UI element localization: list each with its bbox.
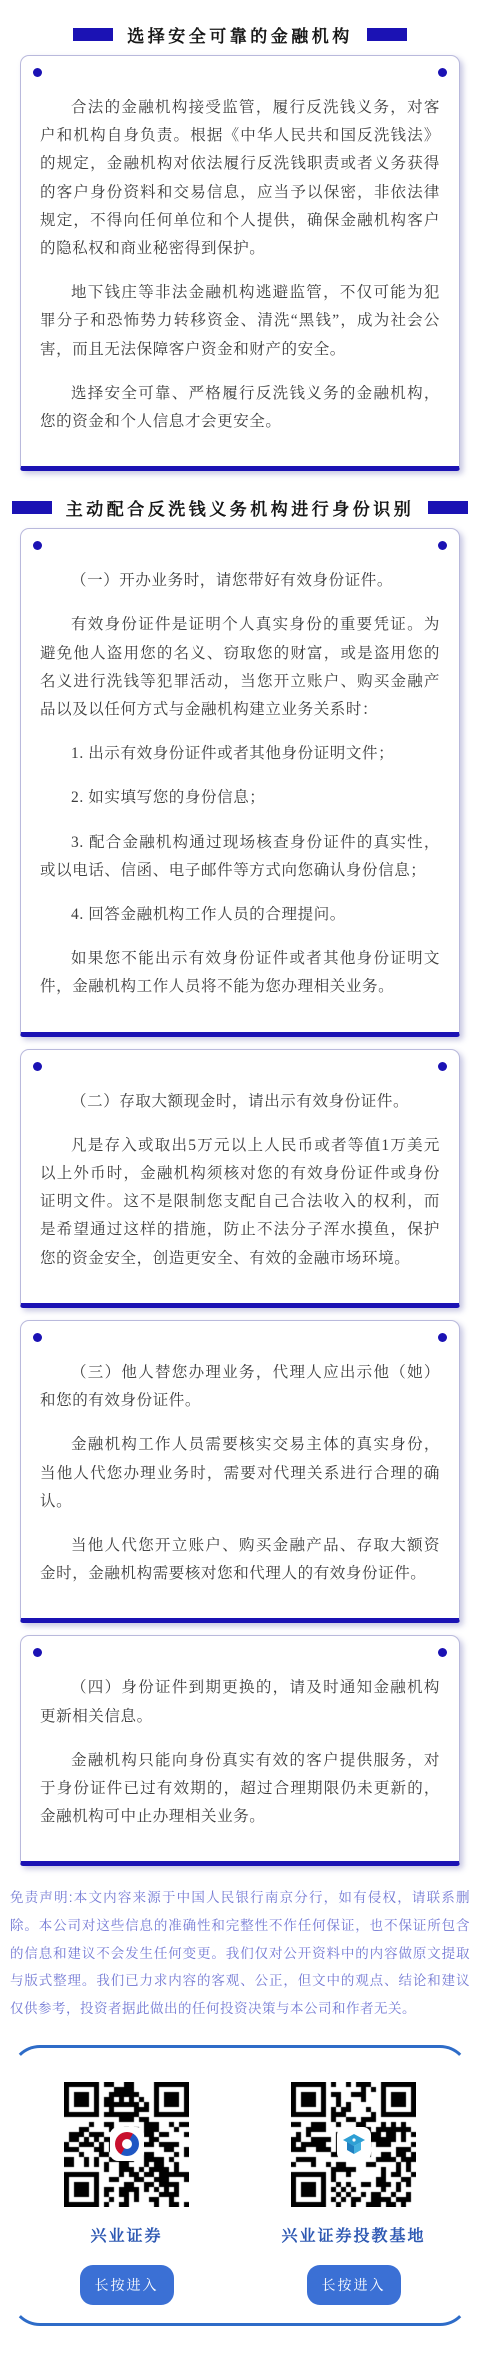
- qr-code-industrial-securities[interactable]: [64, 2082, 189, 2207]
- card-item-title: （一）开办业务时，请您带好有效身份证件。: [40, 559, 440, 603]
- content-card-identity-2: （二）存取大额现金时，请出示有效身份证件。 凡是存入或取出5万元以上人民币或者等…: [20, 1049, 460, 1308]
- heading-bar-icon: [12, 501, 52, 514]
- section-title: 主动配合反洗钱义务机构进行身份识别: [66, 495, 415, 520]
- section-title: 选择安全可靠的金融机构: [127, 22, 353, 47]
- paragraph: 地下钱庄等非法金融机构逃避监管，不仅可能为犯罪分子和恐怖势力转移资金、清洗“黑钱…: [40, 271, 440, 372]
- content-card-identity-3: （三）他人替您办理业务，代理人应出示他（她）和您的有效身份证件。 金融机构工作人…: [20, 1320, 460, 1623]
- heading-bar-icon: [73, 28, 113, 41]
- paragraph: 选择安全可靠、严格履行反洗钱义务的金融机构，您的资金和个人信息才会更安全。: [40, 372, 440, 444]
- content-card-identity-4: （四）身份证件到期更换的，请及时通知金融机构更新相关信息。 金融机构只能向身份真…: [20, 1635, 460, 1866]
- paragraph: 有效身份证件是证明个人真实身份的重要凭证。为避免他人盗用您的名义、窃取您的财富，…: [40, 603, 440, 732]
- card-item-title: （四）身份证件到期更换的，请及时通知金融机构更新相关信息。: [40, 1666, 440, 1738]
- bottom-spacer: [0, 2326, 480, 2376]
- corner-dot-icon: [33, 541, 42, 550]
- paragraph: 金融机构只能向身份真实有效的客户提供服务，对于身份证件已过有效期的，超过合理期限…: [40, 1739, 440, 1840]
- paragraph: 金融机构工作人员需要核实交易主体的真实身份，当他人代您办理业务时，需要对代理关系…: [40, 1423, 440, 1524]
- heading-bar-icon: [428, 501, 468, 514]
- qr-label: 兴业证券: [90, 2223, 162, 2246]
- corner-dot-icon: [438, 541, 447, 550]
- corner-dot-icon: [438, 1062, 447, 1071]
- corner-dot-icon: [33, 1333, 42, 1342]
- industrial-securities-logo-icon: [112, 2129, 142, 2159]
- card-item-title: （二）存取大额现金时，请出示有效身份证件。: [40, 1080, 440, 1124]
- corner-dot-icon: [438, 68, 447, 77]
- list-item: 2. 如实填写您的身份信息；: [40, 776, 440, 820]
- footer-qr-panel: 兴业证券 长按进入 兴业证券投教基地 长按进入: [10, 2045, 470, 2326]
- corner-dot-icon: [33, 1062, 42, 1071]
- paragraph: 当他人代您开立账户、购买金融产品、存取大额资金时，金融机构需要核对您和代理人的有…: [40, 1524, 440, 1596]
- qr-column-investor-education: 兴业证券投教基地 长按进入: [240, 2082, 467, 2305]
- corner-dot-icon: [33, 1648, 42, 1657]
- qr-code-investor-education[interactable]: [291, 2082, 416, 2207]
- list-item: 1. 出示有效身份证件或者其他身份证明文件；: [40, 732, 440, 776]
- section-heading-2: 主动配合反洗钱义务机构进行身份识别: [0, 495, 480, 520]
- qr-label: 兴业证券投教基地: [281, 2223, 425, 2246]
- corner-dot-icon: [438, 1333, 447, 1342]
- heading-bar-icon: [367, 28, 407, 41]
- corner-dot-icon: [438, 1648, 447, 1657]
- card-item-title: （三）他人替您办理业务，代理人应出示他（她）和您的有效身份证件。: [40, 1351, 440, 1423]
- content-card-safe-institutions: 合法的金融机构接受监管，履行反洗钱义务，对客户和机构自身负责。根据《中华人民共和…: [20, 55, 460, 471]
- list-item: 4. 回答金融机构工作人员的合理提问。: [40, 893, 440, 937]
- long-press-enter-button[interactable]: 长按进入: [80, 2265, 174, 2305]
- long-press-enter-button[interactable]: 长按进入: [307, 2265, 401, 2305]
- paragraph: 凡是存入或取出5万元以上人民币或者等值1万美元以上外币时，金融机构须核对您的有效…: [40, 1124, 440, 1281]
- list-item: 3. 配合金融机构通过现场核查身份证件的真实性，或以电话、信函、电子邮件等方式向…: [40, 821, 440, 893]
- disclaimer-text: 免责声明:本文内容来源于中国人民银行南京分行，如有侵权，请联系删除。本公司对这些…: [10, 1884, 470, 2022]
- qr-column-brokerage: 兴业证券 长按进入: [13, 2082, 240, 2305]
- paragraph: 合法的金融机构接受监管，履行反洗钱义务，对客户和机构自身负责。根据《中华人民共和…: [40, 86, 440, 271]
- paragraph: 如果您不能出示有效身份证件或者其他身份证明文件，金融机构工作人员将不能为您办理相…: [40, 937, 440, 1009]
- section-heading-1: 选择安全可靠的金融机构: [0, 22, 480, 47]
- investor-education-logo-icon: [339, 2129, 369, 2159]
- corner-dot-icon: [33, 68, 42, 77]
- content-card-identity-1: （一）开办业务时，请您带好有效身份证件。 有效身份证件是证明个人真实身份的重要凭…: [20, 528, 460, 1036]
